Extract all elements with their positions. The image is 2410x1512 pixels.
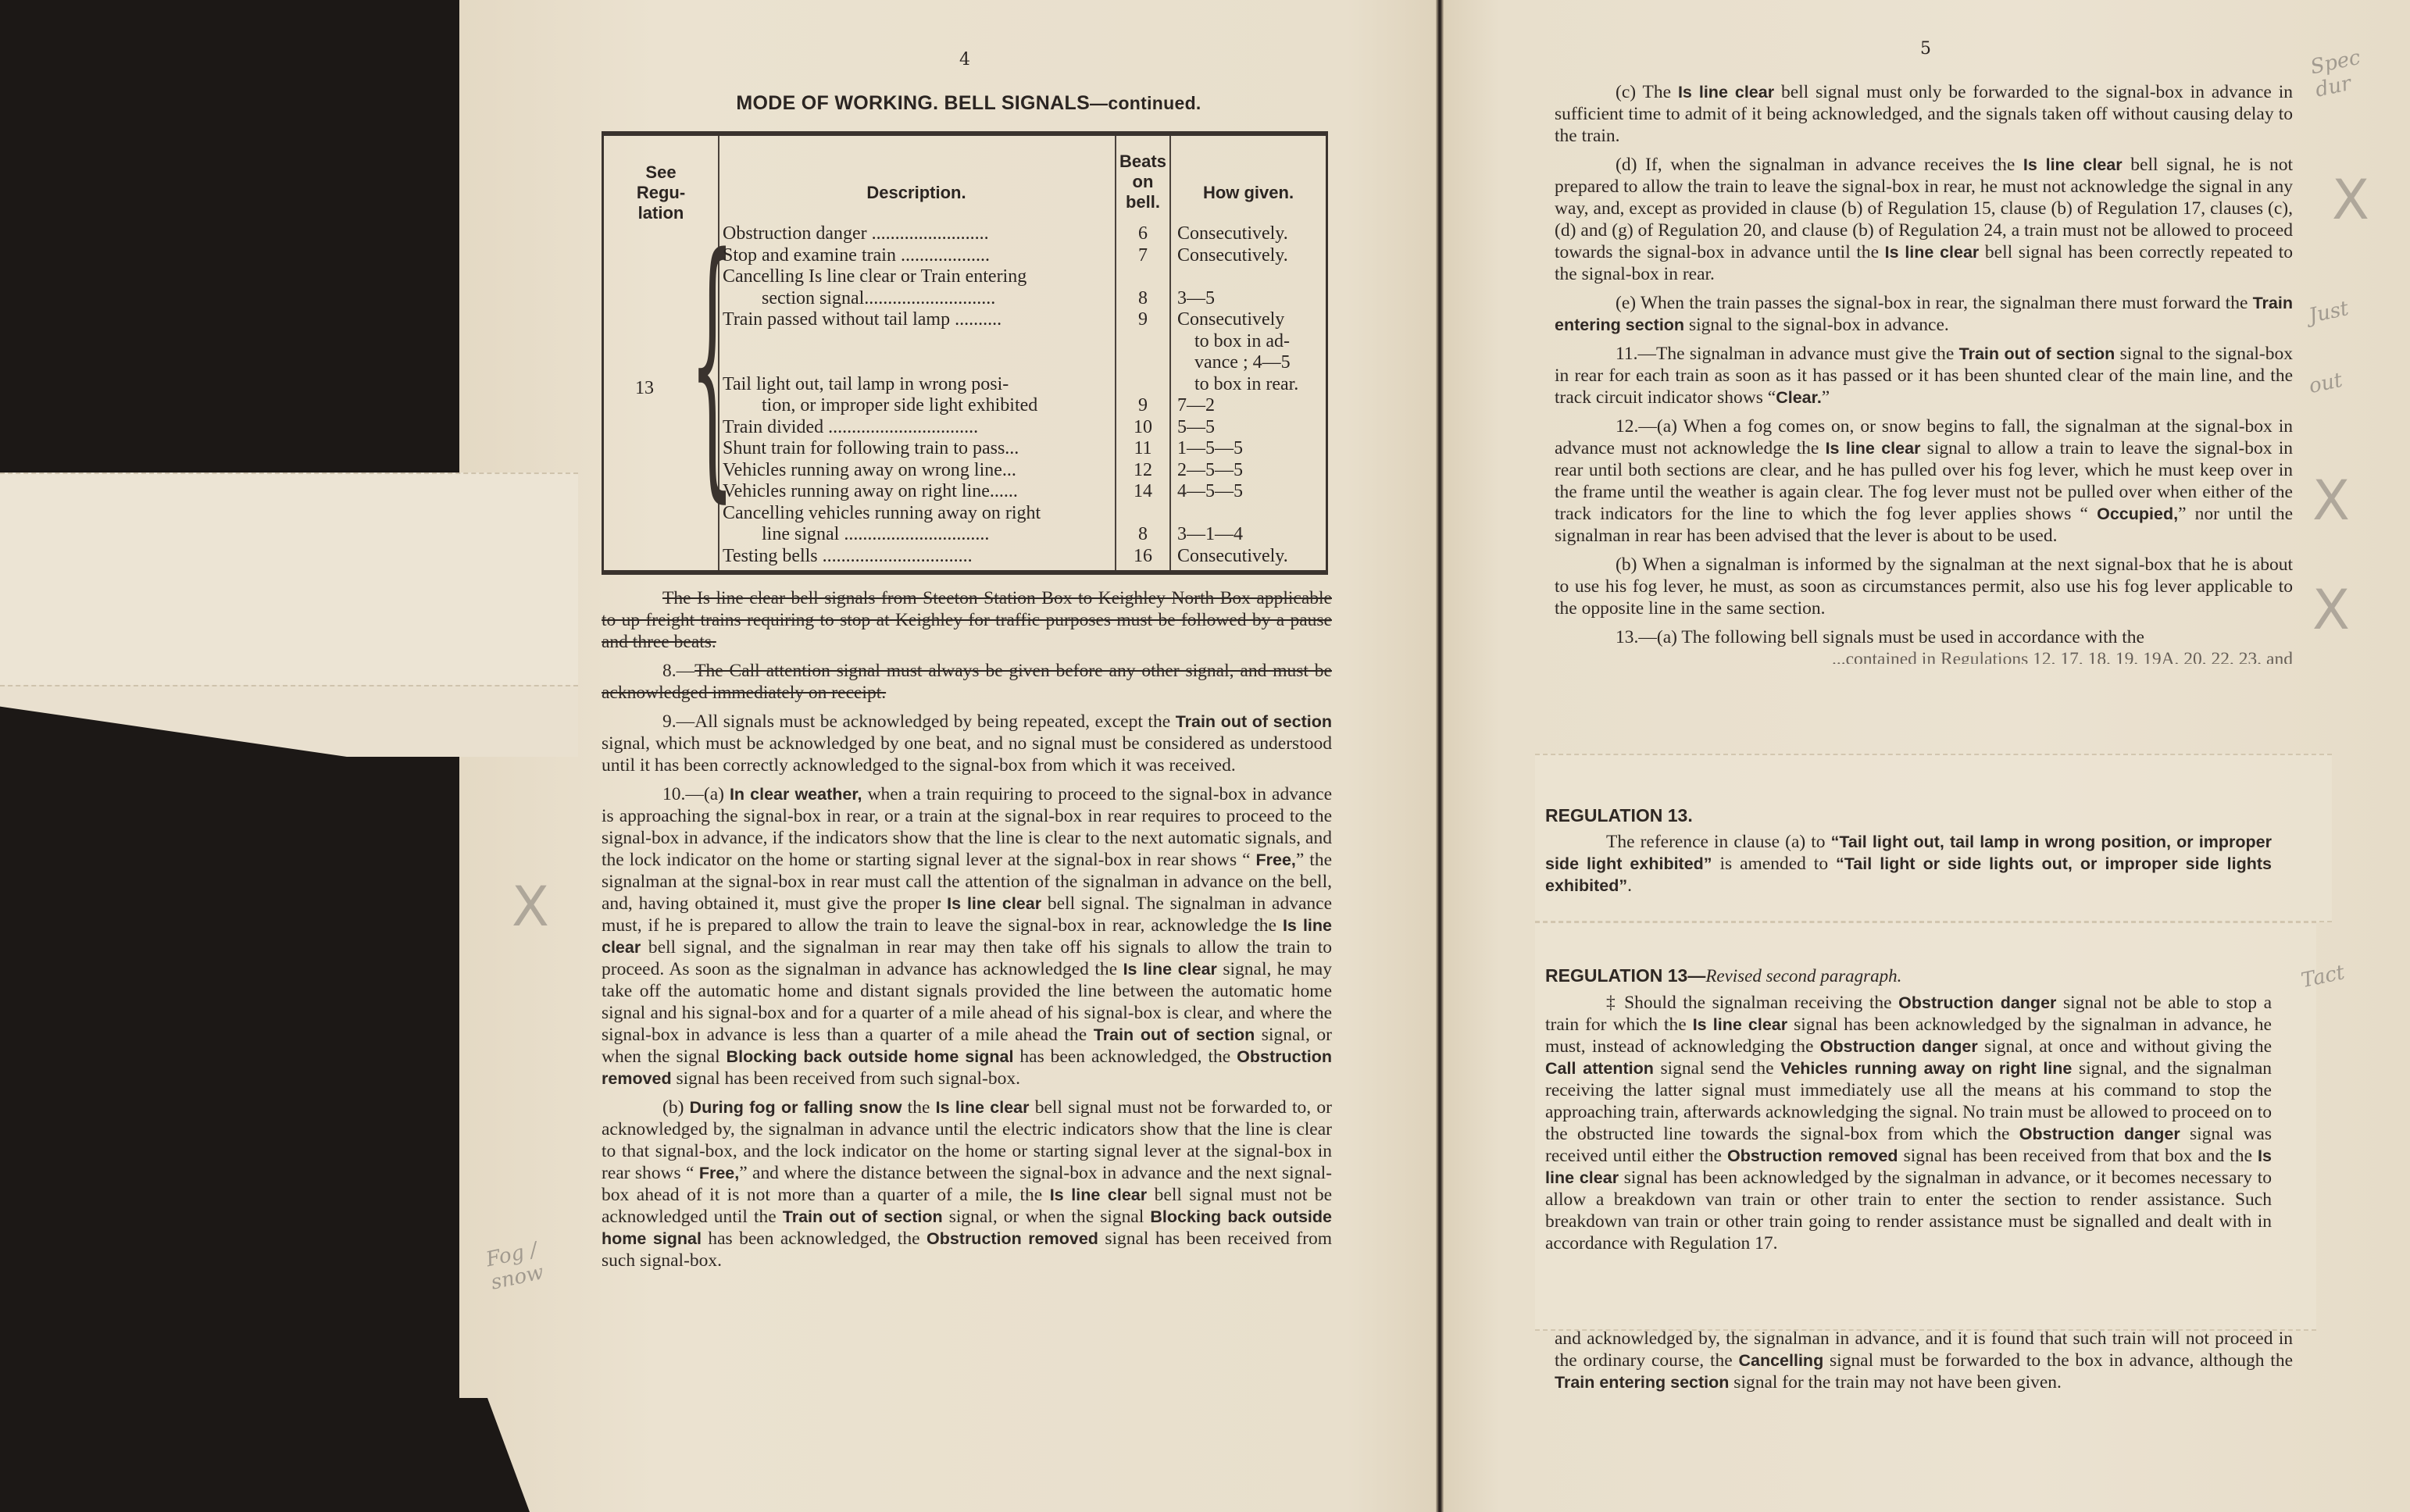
table-row-cont: section signal..........................… bbox=[723, 288, 1113, 310]
header-beats: Beats on bell. bbox=[1116, 152, 1169, 212]
paragraph-13a-obscured: ...contained in Regulations 12, 17, 18, … bbox=[1555, 648, 2293, 664]
struck-text: The Call attention signal must always be… bbox=[602, 661, 1332, 703]
pencil-cross-mark: X bbox=[512, 875, 549, 939]
bell-signals-table: See Regu- lation Description. Beats on b… bbox=[602, 131, 1328, 575]
text: signal must be forwarded to the box in a… bbox=[1823, 1350, 2293, 1371]
signal-name: Is line clear bbox=[947, 894, 1041, 913]
beats-value: 11 bbox=[1116, 438, 1169, 460]
signal-name: Train out of section bbox=[1176, 712, 1332, 731]
beats-value: 6 bbox=[1116, 223, 1169, 245]
signal-name: Cancelling bbox=[1738, 1351, 1823, 1370]
header-beats-line: bell. bbox=[1116, 192, 1169, 212]
beats-value: 10 bbox=[1116, 417, 1169, 439]
signal-name: Is line clear bbox=[1050, 1186, 1147, 1204]
pencil-cross-mark: X bbox=[2312, 578, 2350, 642]
signal-name: Is line clear bbox=[1885, 243, 1980, 262]
text: signal has been received from that box a… bbox=[1898, 1146, 2258, 1166]
header-beats-line: on bbox=[1116, 172, 1169, 192]
table-row: Obstruction danger .....................… bbox=[723, 223, 1113, 245]
spacer bbox=[1116, 374, 1169, 396]
spacer bbox=[1177, 503, 1326, 525]
paragraph-9: 9.—All signals must be acknowledged by b… bbox=[602, 711, 1332, 776]
emphasis: Occupied, bbox=[2097, 505, 2178, 523]
text: the bbox=[902, 1097, 935, 1118]
emphasis: In clear weather, bbox=[730, 785, 862, 804]
table-row-cont: line signal ............................… bbox=[723, 524, 1113, 546]
text: signal to the signal-box in advance. bbox=[1684, 315, 1949, 335]
book-gutter bbox=[1436, 0, 1444, 1512]
paragraph-12b: (b) When a signalman is informed by the … bbox=[1555, 554, 2293, 619]
page-number-right: 5 bbox=[1898, 39, 1953, 59]
how-value: 7—2 bbox=[1177, 395, 1326, 417]
amendment-regulation-13: REGULATION 13. The reference in clause (… bbox=[1545, 804, 2272, 897]
right-body-text: (c) The Is line clear bell signal must o… bbox=[1555, 81, 2293, 664]
spacer bbox=[723, 331, 1113, 353]
text: is amended to bbox=[1712, 854, 1836, 874]
signal-name: Is line clear bbox=[1123, 960, 1217, 979]
struck-note: The Is line clear bell signals from Stee… bbox=[602, 587, 1332, 653]
signal-name: Obstruction removed bbox=[1727, 1146, 1898, 1165]
text: signal for the train may not have been g… bbox=[1729, 1372, 2061, 1393]
table-row-cont: tion, or improper side light exhibited bbox=[723, 395, 1113, 417]
regulation-number: 13 bbox=[635, 378, 654, 400]
signal-name: Is line clear bbox=[1693, 1015, 1787, 1034]
para-number: (b) bbox=[662, 1097, 690, 1118]
table-row: Shunt train for following train to pass.… bbox=[723, 438, 1113, 460]
signal-name: Is line clear bbox=[2023, 155, 2123, 174]
text: has been acknowledged, the bbox=[1013, 1047, 1237, 1067]
table-row: Stop and examine train .................… bbox=[723, 245, 1113, 267]
spacer bbox=[1116, 266, 1169, 288]
table-row: Cancelling Is line clear or Train enteri… bbox=[723, 266, 1113, 288]
signal-name: Train out of section bbox=[1959, 344, 2115, 363]
how-value: Consecutively. bbox=[1177, 223, 1326, 245]
paragraph-d: (d) If, when the signalman in advance re… bbox=[1555, 154, 2293, 285]
signal-name: Obstruction danger bbox=[2019, 1125, 2180, 1143]
signal-name: Train out of section bbox=[783, 1207, 943, 1226]
how-value: 3—1—4 bbox=[1177, 524, 1326, 546]
table-row: Cancelling vehicles running away on righ… bbox=[723, 503, 1113, 525]
beats-value: 16 bbox=[1116, 546, 1169, 568]
beats-value: 7 bbox=[1116, 245, 1169, 267]
signal-name: Train entering section bbox=[1555, 1373, 1729, 1392]
tail-text: and acknowledged by, the signalman in ad… bbox=[1555, 1328, 2293, 1393]
spacer bbox=[1116, 331, 1169, 353]
description-column: Obstruction danger .....................… bbox=[723, 223, 1113, 567]
para-number: 8.— bbox=[662, 661, 694, 681]
how-value: 4—5—5 bbox=[1177, 481, 1326, 503]
text: signal, or when the signal bbox=[943, 1207, 1151, 1227]
paragraph-13a: 13.—(a) The following bell signals must … bbox=[1555, 626, 2293, 648]
paragraph-10b: (b) During fog or falling snow the Is li… bbox=[602, 1097, 1332, 1271]
text: 9.—All signals must be acknowledged by b… bbox=[662, 711, 1176, 732]
table-row: Vehicles running away on right line.....… bbox=[723, 481, 1113, 503]
amendment-heading: REGULATION 13—Revised second paragraph. bbox=[1545, 965, 2272, 987]
paragraph-e: (e) When the train passes the signal-box… bbox=[1555, 292, 2293, 336]
table-row: Train divided ..........................… bbox=[723, 417, 1113, 439]
how-given-column: Consecutively. Consecutively. 3—5 Consec… bbox=[1177, 223, 1326, 567]
signal-name: Obstruction danger bbox=[1898, 993, 2056, 1012]
text: (c) The bbox=[1616, 82, 1678, 102]
text: (d) If, when the signalman in advance re… bbox=[1616, 155, 2023, 175]
beats-value: 9 bbox=[1116, 395, 1169, 417]
how-value: Consecutively. bbox=[1177, 245, 1326, 267]
header-description: Description. bbox=[718, 183, 1115, 203]
title-continued: —continued. bbox=[1090, 93, 1201, 113]
emphasis: Clear. bbox=[1776, 388, 1822, 407]
signal-name: Vehicles running away on right line bbox=[1780, 1059, 2072, 1078]
paragraph-11: 11.—The signalman in advance must give t… bbox=[1555, 343, 2293, 408]
text: signal, which must be acknowledged by on… bbox=[602, 733, 1332, 776]
paragraph-12a: 12.—(a) When a fog comes on, or snow beg… bbox=[1555, 415, 2293, 547]
beats-value: 8 bbox=[1116, 524, 1169, 546]
amendment-text: ‡ Should the signalman receiving the Obs… bbox=[1545, 992, 2272, 1254]
heading-text: REGULATION 13— bbox=[1545, 965, 1705, 986]
amendment-text: The reference in clause (a) to “Tail lig… bbox=[1545, 831, 2272, 897]
text: signal, at once and without giving the bbox=[1978, 1036, 2272, 1057]
amendment-heading: REGULATION 13. bbox=[1545, 804, 2272, 826]
signal-name: Train out of section bbox=[1094, 1025, 1255, 1044]
dagger-icon: ‡ bbox=[1606, 993, 1617, 1013]
text: has been acknowledged, the bbox=[702, 1228, 927, 1249]
how-value: Consecutively bbox=[1177, 309, 1326, 331]
beats-value: 14 bbox=[1116, 481, 1169, 503]
emphasis: Free, bbox=[1256, 850, 1296, 869]
text: . bbox=[1627, 875, 1632, 896]
beats-value: 8 bbox=[1116, 288, 1169, 310]
para-number: 10.—(a) bbox=[662, 784, 730, 804]
header-how-given: How given. bbox=[1171, 183, 1326, 203]
how-value: Consecutively. bbox=[1177, 546, 1326, 568]
signal-name: Is line clear bbox=[1826, 439, 1921, 458]
pasted-strip bbox=[0, 472, 578, 686]
signal-name: Is line clear bbox=[936, 1098, 1030, 1117]
how-value: 3—5 bbox=[1177, 288, 1326, 310]
title-main: MODE OF WORKING. BELL SIGNALS bbox=[736, 92, 1090, 114]
text: 11.—The signalman in advance must give t… bbox=[1616, 344, 1959, 364]
how-value: to box in ad- bbox=[1177, 331, 1326, 353]
table-row: Vehicles running away on wrong line... bbox=[723, 460, 1113, 482]
table-row: Tail light out, tail lamp in wrong posi- bbox=[723, 374, 1113, 396]
spacer bbox=[1177, 266, 1326, 288]
signal-name: Obstruction danger bbox=[1820, 1037, 1978, 1056]
text: (e) When the train passes the signal-box… bbox=[1616, 293, 2253, 313]
signal-name: Blocking back outside home signal bbox=[727, 1047, 1014, 1066]
beats-column: 6 7 8 9 9 10 11 12 14 8 16 bbox=[1116, 223, 1169, 567]
beats-value: 9 bbox=[1116, 309, 1169, 331]
header-regulation-line: See bbox=[604, 162, 718, 183]
page-title-left: MODE OF WORKING. BELL SIGNALS—continued. bbox=[609, 92, 1328, 115]
how-value: 1—5—5 bbox=[1177, 438, 1326, 460]
how-value: 5—5 bbox=[1177, 417, 1326, 439]
emphasis: Free, bbox=[699, 1164, 739, 1182]
spacer bbox=[1116, 503, 1169, 525]
emphasis: During fog or falling snow bbox=[690, 1098, 902, 1117]
how-value: to box in rear. bbox=[1177, 374, 1326, 396]
page-number-left: 4 bbox=[937, 50, 992, 70]
left-body-text: The Is line clear bell signals from Stee… bbox=[602, 587, 1332, 1278]
table-row: Testing bells ..........................… bbox=[723, 546, 1113, 568]
amendment-regulation-13-revised: REGULATION 13—Revised second paragraph. … bbox=[1545, 965, 2272, 1254]
beats-value: 12 bbox=[1116, 460, 1169, 482]
text: signal has been received from such signa… bbox=[672, 1068, 1020, 1089]
paragraph-tail: and acknowledged by, the signalman in ad… bbox=[1555, 1328, 2293, 1400]
text: signal has been acknowledged by the sign… bbox=[1545, 1168, 2272, 1253]
signal-name: Is line clear bbox=[1678, 83, 1774, 102]
text: signal send the bbox=[1654, 1058, 1780, 1079]
how-value: 2—5—5 bbox=[1177, 460, 1326, 482]
spacer bbox=[1116, 352, 1169, 374]
pencil-cross-mark: X bbox=[2312, 469, 2350, 533]
text: Should the signalman receiving the bbox=[1617, 993, 1898, 1013]
paragraph-8: 8.—The Call attention signal must always… bbox=[602, 660, 1332, 704]
signal-name: Call attention bbox=[1545, 1059, 1654, 1078]
heading-italic: Revised second paragraph. bbox=[1705, 966, 1901, 986]
table-row: Train passed without tail lamp .........… bbox=[723, 309, 1113, 331]
signal-name: Obstruction removed bbox=[927, 1229, 1098, 1248]
pencil-cross-mark: X bbox=[2332, 168, 2369, 232]
text: The reference in clause (a) to bbox=[1606, 832, 1831, 852]
paragraph-c: (c) The Is line clear bell signal must o… bbox=[1555, 81, 2293, 147]
header-beats-line: Beats bbox=[1116, 152, 1169, 172]
spacer bbox=[723, 352, 1113, 374]
paragraph-10a: 10.—(a) In clear weather, when a train r… bbox=[602, 783, 1332, 1089]
text: ” bbox=[1822, 387, 1830, 408]
how-value: vance ; 4—5 bbox=[1177, 352, 1326, 374]
